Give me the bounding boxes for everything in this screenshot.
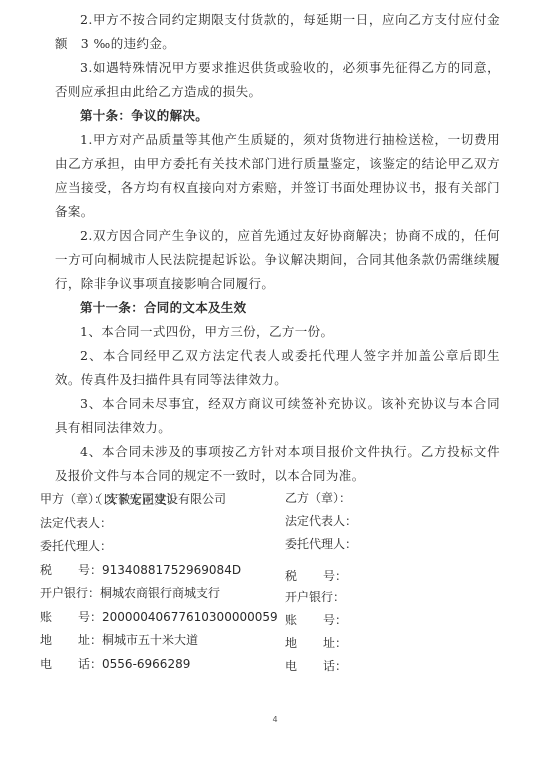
party-a-legal-rep-label: 法定代表人： (40, 512, 112, 536)
phone-label-char-2: 话： (323, 659, 347, 673)
article-10-clause-2: 2.双方因合同产生争议的，应首先通过友好协商解决；协商不成的，任何一方可向桐城市… (55, 224, 500, 296)
party-b-phone-row: 电话： (285, 655, 515, 678)
tax-label-char-1: 税 (40, 563, 52, 577)
account-label-char-2: 号： (323, 613, 347, 627)
party-a-address: 桐城市五十米大道 (102, 633, 198, 647)
party-b-address-label: 地址： (285, 632, 347, 655)
article-10-heading: 第十条：争议的解决。 (55, 104, 500, 128)
article-11-clause-2: 2、本合同经甲乙双方法定代表人或委托代理人签字并加盖公章后即生效。传真件及扫描件… (55, 344, 500, 392)
party-a-agent-label: 委托代理人： (40, 535, 112, 559)
address-label-char-2: 址： (323, 636, 347, 650)
account-label-char-1: 账 (40, 610, 52, 624)
party-a-company-name: 安徽安同建设有限公司 (106, 492, 226, 506)
party-a-phone: 0556-6966289 (102, 657, 190, 671)
party-a-account-number: 20000040677610300000059 (102, 610, 278, 624)
party-a-tax-row: 税号：91340881752969084D (40, 559, 270, 583)
article-11-clause-4: 4、本合同未涉及的事项按乙方针对本项目报价文件执行。乙方投标文件及报价文件与本合… (55, 440, 500, 488)
address-label-char-1: 地 (285, 636, 297, 650)
party-b-seal-label: 乙方（章）： (285, 487, 351, 510)
party-a-phone-label: 电话： (40, 653, 102, 677)
party-b-address-row: 地址： (285, 632, 515, 655)
party-b-bank-label: 开户银行： (285, 586, 345, 609)
party-b-legal-rep-row: 法定代表人： (285, 510, 515, 533)
article-11-clause-1: 1、本合同一式四份，甲方三份，乙方一份。 (55, 320, 500, 344)
party-b-agent-row: 委托代理人： (285, 533, 515, 556)
party-a-seal-label: 甲方（章）： (40, 488, 106, 512)
party-b-legal-rep-label: 法定代表人： (285, 510, 357, 533)
party-a-legal-rep-row: 法定代表人： (40, 512, 270, 536)
party-a-bank-row: 开户银行：桐城农商银行商城支行 (40, 582, 270, 606)
party-a-address-label: 地址： (40, 629, 102, 653)
party-a-phone-row: 电话：0556-6966289 (40, 653, 270, 677)
tax-label-char-2: 号： (323, 569, 347, 583)
party-a-bank-label: 开户银行： (40, 582, 100, 606)
phone-label-char-2: 话： (78, 657, 102, 671)
phone-label-char-1: 电 (285, 659, 297, 673)
document-page: 2.甲方不按合同约定期限支付货款的，每延期一日，应向乙方支付应付金额 3 ‰的违… (0, 0, 550, 760)
clause-late-payment: 2.甲方不按合同约定期限支付货款的，每延期一日，应向乙方支付应付金额 3 ‰的违… (55, 8, 500, 56)
party-b-tax-row: 税号： (285, 566, 515, 586)
party-a-signature-block: 甲方（章）：安徽安同建设有限公司 法定代表人： 委托代理人： 税号：913408… (40, 488, 270, 676)
article-10-clause-1: 1.甲方对产品质量等其他产生质疑的，须对货物进行抽检送检，一切费用由乙方承担，由… (55, 128, 500, 224)
party-a-tax-number: 91340881752969084D (102, 563, 241, 577)
party-a-address-row: 地址：桐城市五十米大道 (40, 629, 270, 653)
party-b-account-label: 账号： (285, 609, 347, 632)
address-label-char-2: 址： (78, 633, 102, 647)
article-11-clause-3: 3、本合同未尽事宜，经双方商议可续签补充协议。该补充协议与本合同具有相同法律效力… (55, 392, 500, 440)
address-label-char-1: 地 (40, 633, 52, 647)
party-a-seal-row: 甲方（章）：安徽安同建设有限公司 (40, 488, 270, 512)
party-b-agent-label: 委托代理人： (285, 533, 357, 556)
party-b-bank-row: 开户银行： (285, 586, 515, 609)
tax-label-char-2: 号： (78, 563, 102, 577)
contract-body: 2.甲方不按合同约定期限支付货款的，每延期一日，应向乙方支付应付金额 3 ‰的违… (55, 8, 500, 512)
party-b-phone-label: 电话： (285, 655, 347, 678)
phone-label-char-1: 电 (40, 657, 52, 671)
party-b-tax-label: 税号： (285, 566, 347, 586)
party-a-agent-row: 委托代理人： (40, 535, 270, 559)
page-number: 4 (0, 715, 550, 724)
article-11-heading: 第十一条：合同的文本及生效 (55, 296, 500, 320)
party-b-seal-row: 乙方（章）： (285, 487, 515, 510)
account-label-char-2: 号： (78, 610, 102, 624)
tax-label-char-1: 税 (285, 569, 297, 583)
party-a-bank-name: 桐城农商银行商城支行 (100, 586, 220, 600)
party-a-tax-label: 税号： (40, 559, 102, 583)
party-b-account-row: 账号： (285, 609, 515, 632)
party-b-signature-block: 乙方（章）： 法定代表人： 委托代理人： 税号： 开户银行： 账号： 地址： 电… (285, 487, 515, 678)
clause-delay-request: 3.如遇特殊情况甲方要求推迟供货或验收的，必须事先征得乙方的同意，否则应承担由此… (55, 56, 500, 104)
party-a-account-label: 账号： (40, 606, 102, 630)
party-a-account-row: 账号：20000040677610300000059 (40, 606, 270, 630)
account-label-char-1: 账 (285, 613, 297, 627)
